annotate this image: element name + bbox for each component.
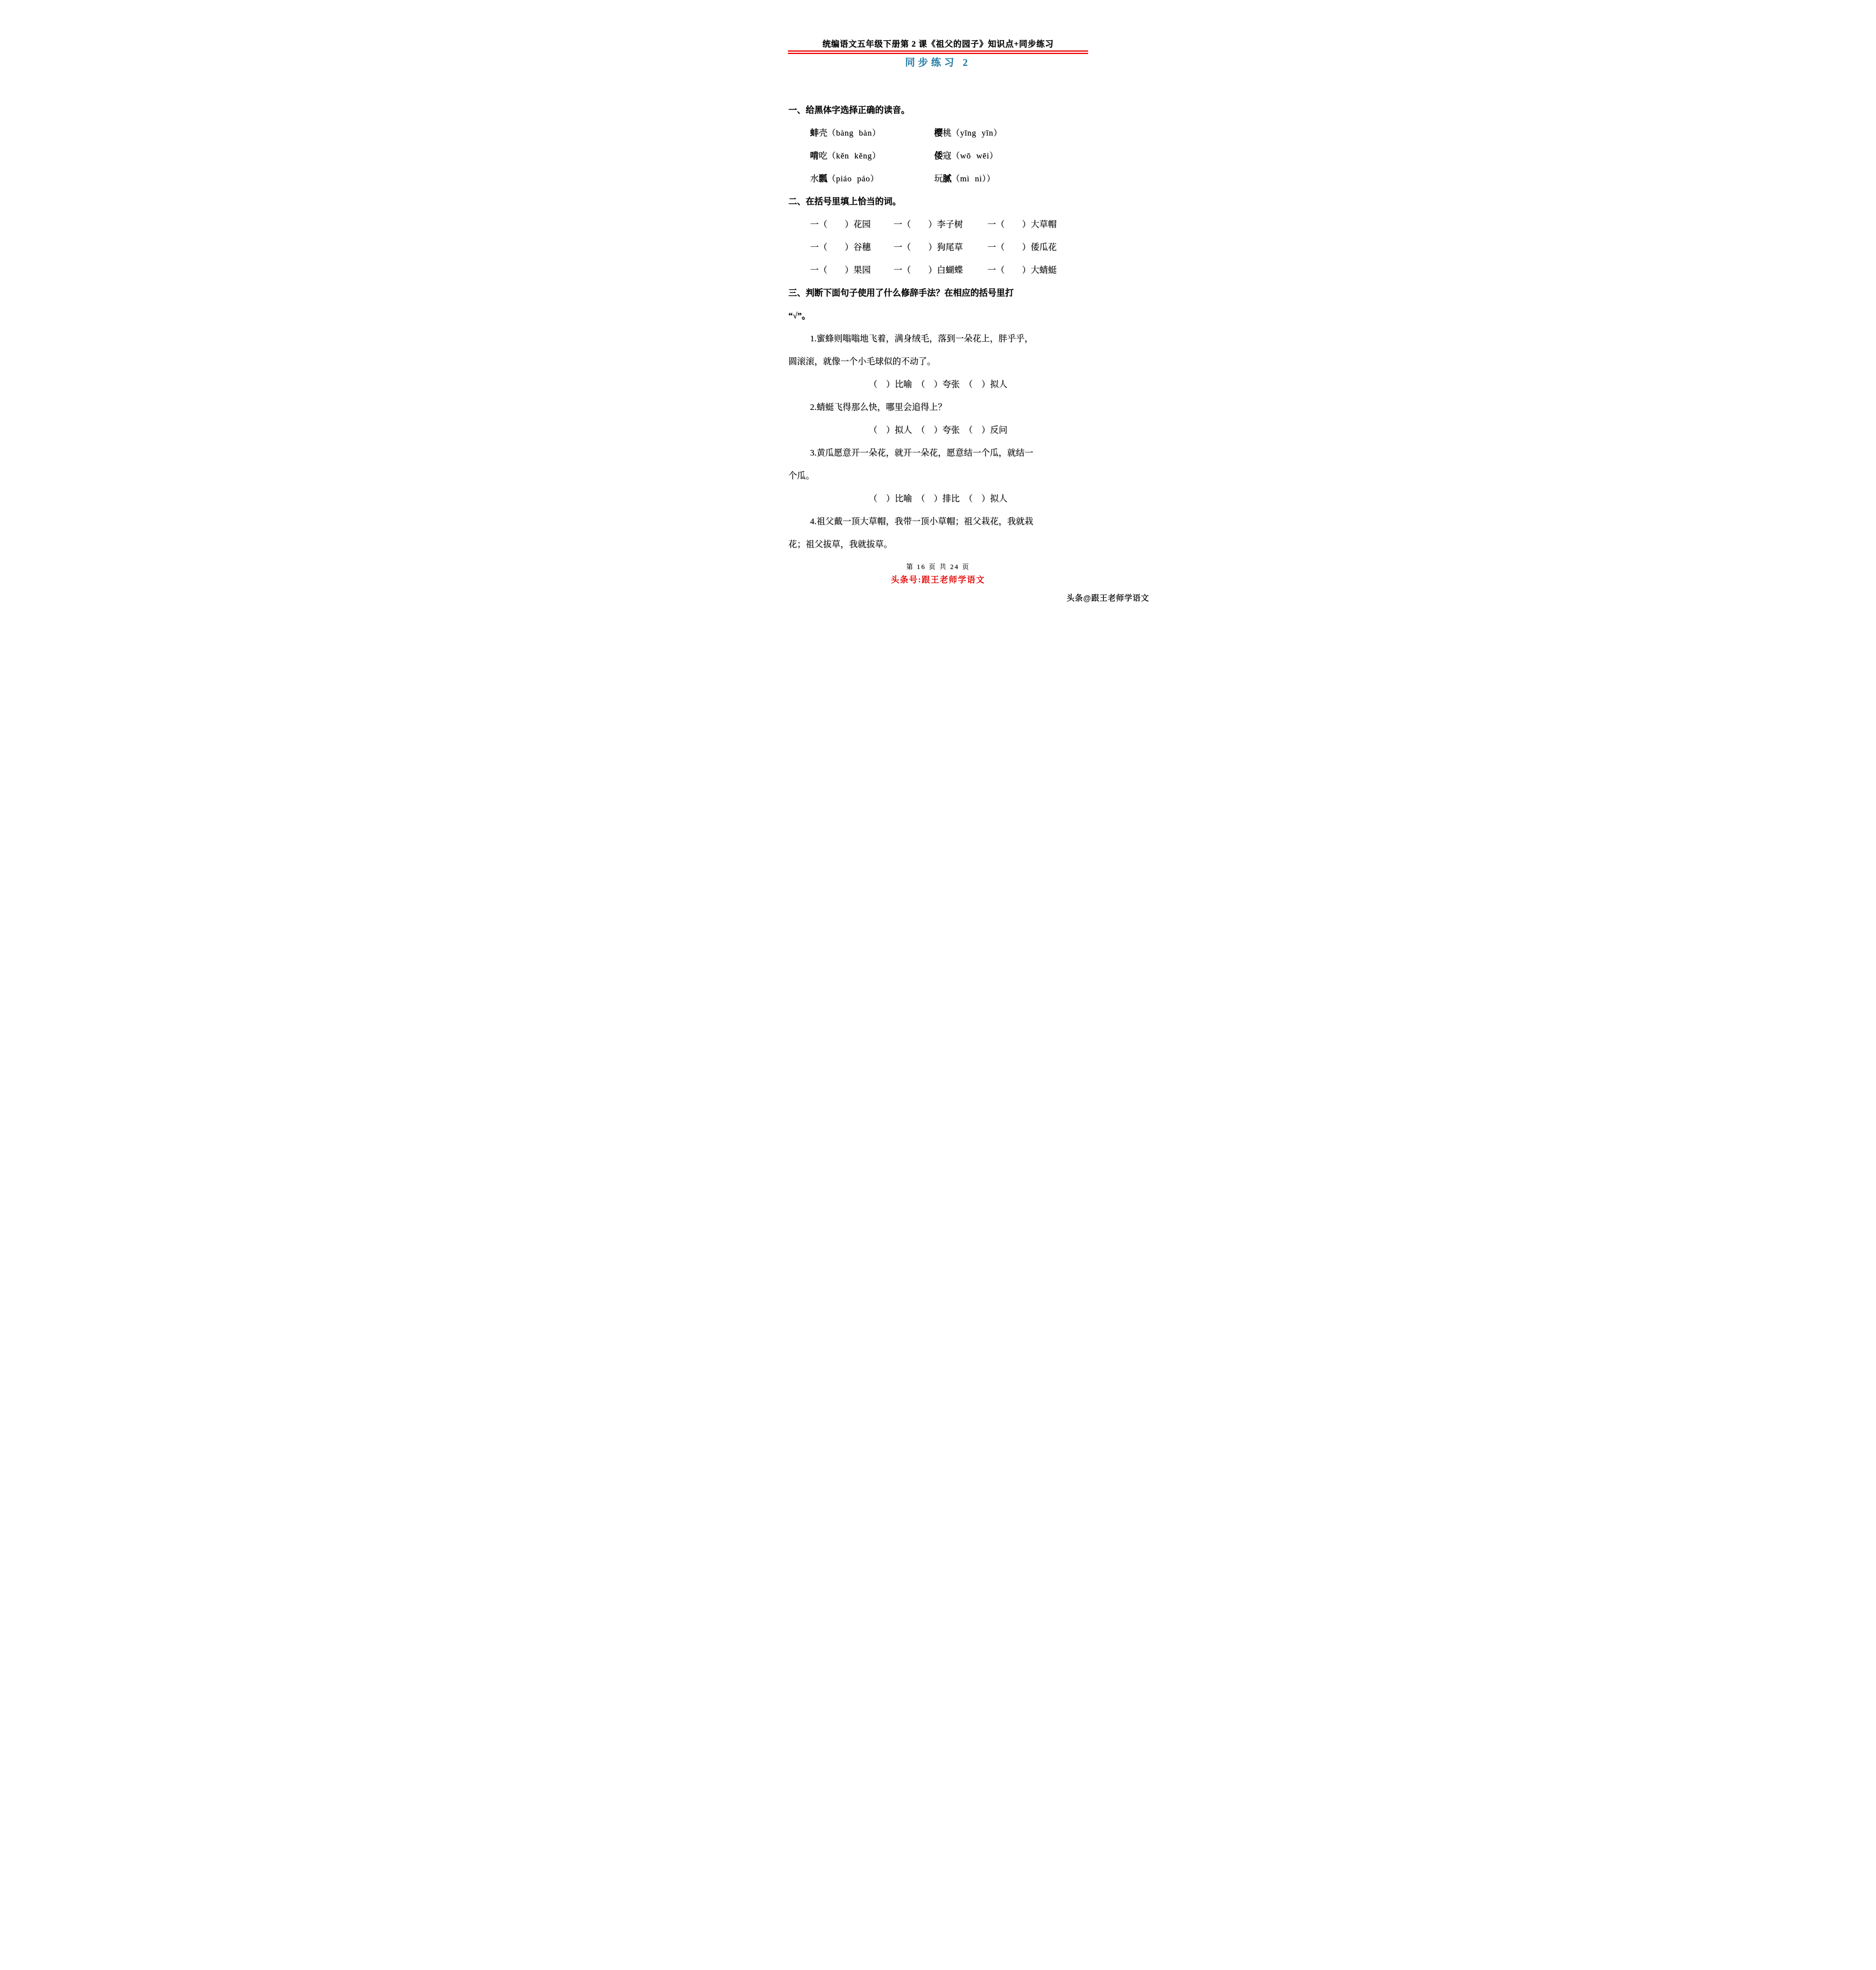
fill-blank-row: 一（ ）果园一（ ）白蝴蝶一（ ）大蜻蜓 [788, 258, 1088, 281]
section-1-heading: 一、给黑体字选择正确的读音。 [788, 98, 1088, 121]
sentence-1-line2: 圆滚滚，就像一个小毛球似的不动了。 [788, 350, 1088, 373]
word-bold-char: 倭 [934, 151, 943, 160]
sentence-3-line2: 个瓜。 [788, 464, 1088, 487]
sentence-4-line1: 4.祖父戴一顶大草帽，我带一顶小草帽；祖父栽花，我就栽 [788, 510, 1088, 533]
word-part: 寇 [943, 151, 951, 160]
pronunciation-item: 樱桃（yīng yīn） [934, 121, 1002, 144]
sentence-2-options: （ ）拟人 （ ）夸张 （ ）反问 [788, 418, 1088, 441]
sentence-3-options: （ ）比喻 （ ）排比 （ ）拟人 [788, 487, 1088, 510]
word-bold-char: 瓢 [819, 173, 827, 183]
fill-blank-item: 一（ ）大蜻蜓 [987, 265, 1057, 275]
sentence-1-line1: 1.蜜蜂则嗡嗡地飞着，满身绒毛，落到一朵花上，胖乎乎， [788, 327, 1088, 350]
fill-blank-item: 一（ ）狗尾草 [893, 236, 987, 258]
worksheet-page: 统编语文五年级下册第 2 课《祖父的园子》知识点+同步练习 同步练习 2 一、给… [721, 0, 1155, 613]
fill-blank-item: 一（ ）李子树 [893, 213, 987, 236]
fill-blank-row: 一（ ）花园一（ ）李子树一（ ）大草帽 [788, 213, 1088, 236]
fill-blank-item: 一（ ）谷穗 [810, 236, 893, 258]
sentence-2-line1: 2.蜻蜓飞得那么快，哪里会追得上？ [788, 396, 1088, 418]
doc-title: 同步练习 2 [721, 57, 1155, 69]
pronunciation-item: 蚌壳（bàng bàn） [810, 121, 934, 144]
section-3-heading-line2: “√”。 [788, 304, 1088, 327]
pronunciation-item: 倭寇（wō wēi） [934, 144, 998, 167]
pinyin-options: （bàng bàn） [827, 128, 880, 138]
word-bold-char: 蚌 [810, 128, 819, 138]
section-2-heading: 二、在括号里填上恰当的词。 [788, 190, 1088, 213]
sentence-1-options: （ ）比喻 （ ）夸张 （ ）拟人 [788, 373, 1088, 396]
section-3-heading-line1: 三、判断下面句子使用了什么修辞手法？在相应的括号里打 [788, 281, 1088, 304]
fill-blank-item: 一（ ）花园 [810, 213, 893, 236]
toutiao-watermark: 头条@跟王老师学语文 [1066, 592, 1149, 603]
pinyin-options: （kěn kěng） [827, 151, 880, 160]
word-bold-char: 腻 [943, 173, 951, 183]
pinyin-options: （yīng yīn） [951, 128, 1002, 138]
pinyin-options: （wō wēi） [951, 151, 998, 160]
pronunciation-item: 水瓢（piáo páo） [810, 167, 934, 190]
sentence-3-line1: 3.黄瓜愿意开一朵花，就开一朵花，愿意结一个瓜，就结一 [788, 441, 1088, 464]
doc-header-title: 统编语文五年级下册第 2 课《祖父的园子》知识点+同步练习 [721, 39, 1155, 49]
sentence-4-line2: 花；祖父拔草，我就拔草。 [788, 533, 1088, 556]
page-number: 第 16 页 共 24 页 [721, 562, 1155, 572]
pronunciation-row: 蚌壳（bàng bàn）樱桃（yīng yīn） [788, 121, 1088, 144]
word-part: 玩 [934, 173, 943, 183]
header-double-red-rule [788, 50, 1088, 54]
pronunciation-item: 啃吃（kěn kěng） [810, 144, 934, 167]
fill-blank-item: 一（ ）白蝴蝶 [893, 258, 987, 281]
red-rule-bottom [788, 53, 1088, 54]
word-bold-char: 啃 [810, 151, 819, 160]
word-bold-char: 樱 [934, 128, 943, 138]
footer-source-red: 头条号:跟王老师学语文 [721, 574, 1155, 585]
fill-blank-row: 一（ ）谷穗一（ ）狗尾草一（ ）倭瓜花 [788, 236, 1088, 258]
pronunciation-row: 水瓢（piáo páo）玩腻（mì nì）） [788, 167, 1088, 190]
word-part: 吃 [819, 151, 827, 160]
pronunciation-item: 玩腻（mì nì）） [934, 167, 995, 190]
word-part: 壳 [819, 128, 827, 138]
worksheet-content: 一、给黑体字选择正确的读音。 蚌壳（bàng bàn）樱桃（yīng yīn） … [721, 98, 1155, 556]
fill-blank-item: 一（ ）果园 [810, 258, 893, 281]
pinyin-options: （piáo páo） [827, 174, 879, 183]
fill-blank-item: 一（ ）大草帽 [987, 219, 1057, 229]
pinyin-options: （mì nì）） [951, 174, 995, 183]
pronunciation-row: 啃吃（kěn kěng）倭寇（wō wēi） [788, 144, 1088, 167]
word-part: 桃 [943, 128, 951, 138]
fill-blank-item: 一（ ）倭瓜花 [987, 242, 1057, 252]
red-rule-top [788, 50, 1088, 52]
word-part: 水 [810, 173, 819, 183]
